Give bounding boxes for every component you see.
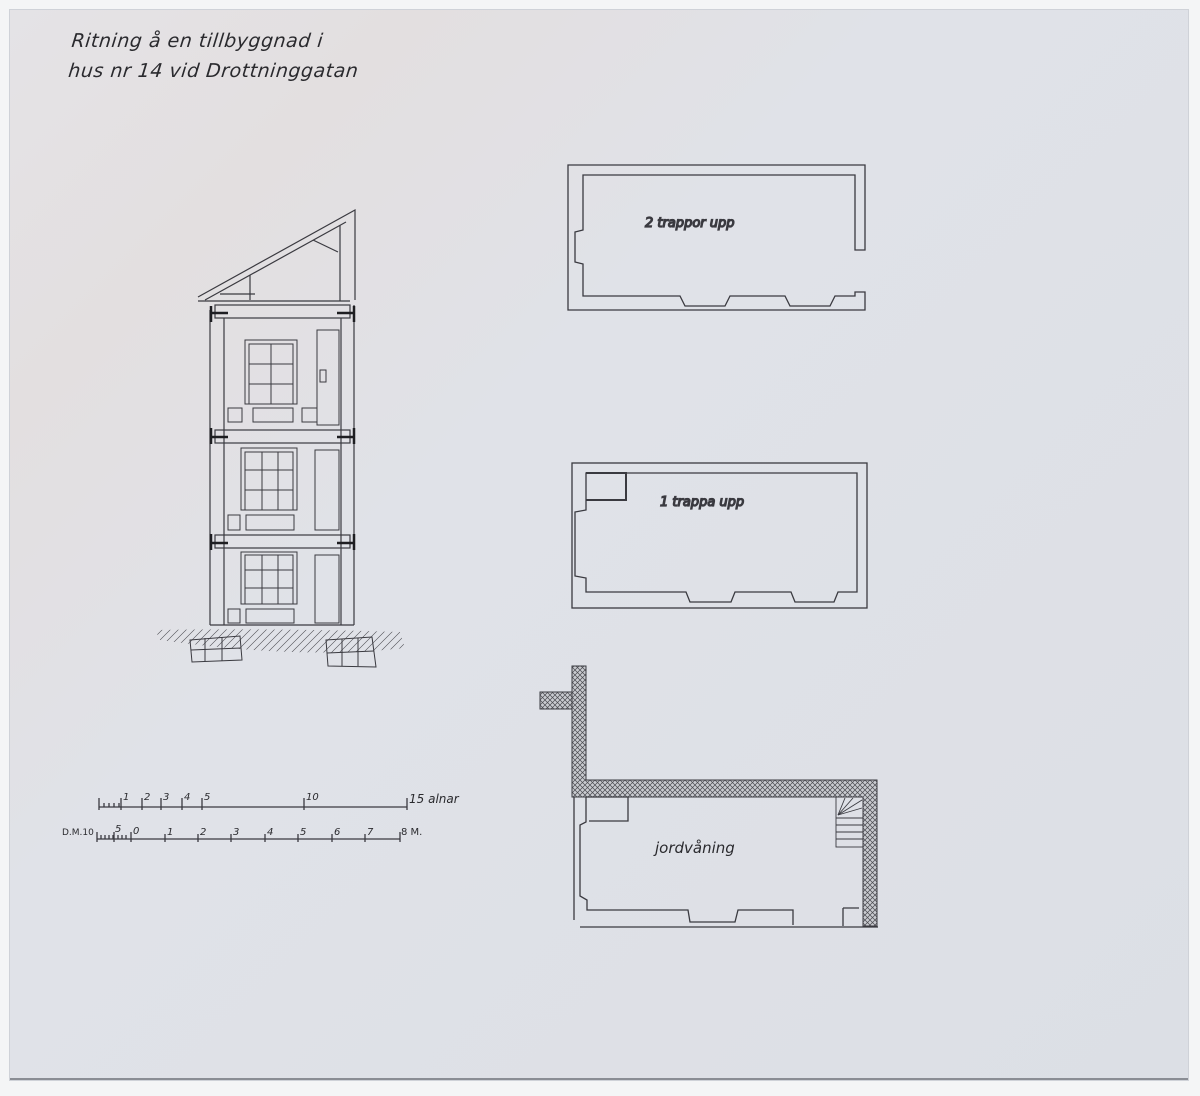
alnar-end-label: 15 alnar [409,792,460,806]
scale-bar-alnar: 1 2 3 4 5 10 15 alnar [99,792,460,810]
alnar-tick-1: 1 [123,792,129,803]
staircase [836,797,863,847]
meters-end-label: 8 M. [401,827,422,838]
meters-tick-0: 0 [133,826,139,837]
plan-label-1-trappa-upp: 1 trappa upp [660,495,744,510]
alnar-tick-3: 3 [163,792,169,803]
floor-beams [210,305,354,625]
meters-tick-1: 1 [167,827,173,838]
beam-anchors [211,306,354,550]
alnar-tick-5: 5 [204,792,210,803]
plan-label-jordvaning: jordvåning [653,839,735,857]
meters-tick-4: 4 [267,827,273,838]
drawing-canvas: 2 trappor upp 1 trappa upp jo [0,0,1200,1096]
alnar-tick-2: 2 [144,792,150,803]
roof [198,210,355,301]
ground-foundation [155,629,405,667]
window-floor-3 [228,330,339,425]
plan-second-floor: 2 trappor upp [568,165,865,310]
window-floor-2 [228,448,339,530]
plan-first-floor: 1 trappa upp [572,463,867,608]
meters-tick-6: 6 [334,827,340,838]
meters-tick-5dm: 5 [115,824,121,835]
scale-bar-meters: D.M.10 5 0 1 2 3 4 5 6 7 8 M. [62,824,422,842]
alnar-tick-4: 4 [184,792,190,803]
meters-tick-2: 2 [200,827,206,838]
plan-label-2-trappor-upp: 2 trappor upp [645,216,735,231]
section-elevation [155,210,405,667]
plan-ground-floor: jordvåning [540,666,878,927]
meters-tick-5: 5 [300,827,306,838]
meters-start-label: D.M.10 [62,828,94,838]
meters-tick-3: 3 [233,827,239,838]
walls [210,305,354,625]
window-floor-1 [228,552,339,623]
alnar-tick-10: 10 [306,792,319,803]
meters-tick-7: 7 [367,827,374,838]
